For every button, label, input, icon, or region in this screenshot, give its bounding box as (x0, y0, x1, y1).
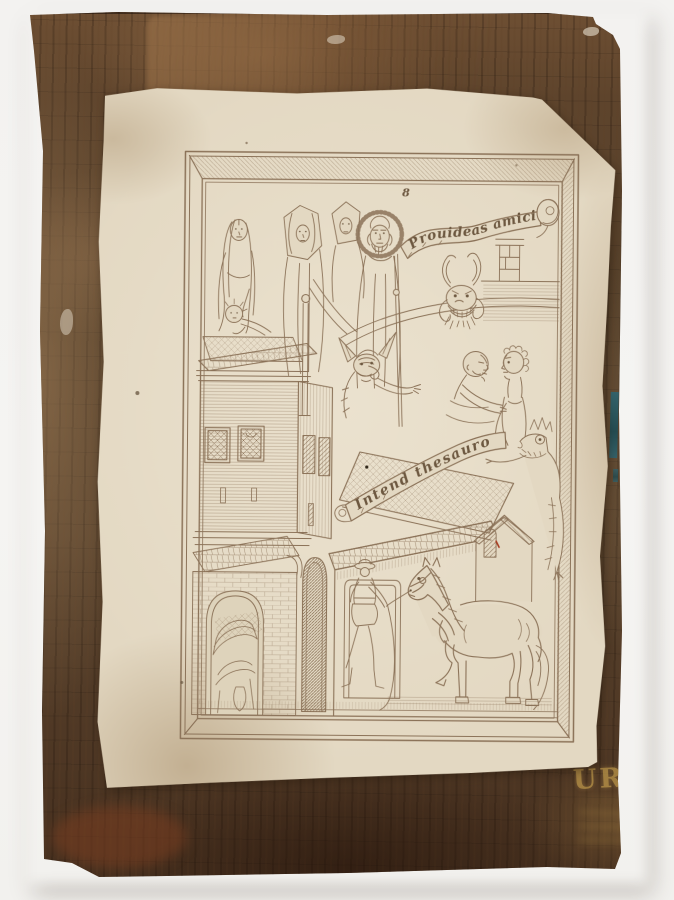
rust-stain (52, 806, 187, 868)
wine-cellar (192, 536, 303, 716)
haloed-man (356, 212, 404, 426)
young-man (495, 346, 528, 446)
tower-building (193, 343, 333, 546)
photograph-background: UR (0, 0, 674, 900)
pasted-print-wrap: Prouideas amicie Intend thesauro 8 (91, 82, 629, 799)
horned-demon (439, 253, 484, 329)
veiled-woman (331, 202, 365, 302)
wooden-board: UR (27, 11, 647, 884)
pasted-woodcut-print: Prouideas amicie Intend thesauro 8 (91, 82, 629, 799)
eared-demon (338, 332, 421, 419)
wood-chip (583, 27, 599, 36)
infant (203, 299, 304, 372)
woodcut-illustration: Prouideas amicie Intend thesauro 8 (91, 82, 629, 799)
wood-chip (60, 309, 73, 335)
printers-mark: 8 (402, 186, 410, 199)
dying-man (454, 351, 507, 413)
arched-doorway (302, 558, 327, 712)
